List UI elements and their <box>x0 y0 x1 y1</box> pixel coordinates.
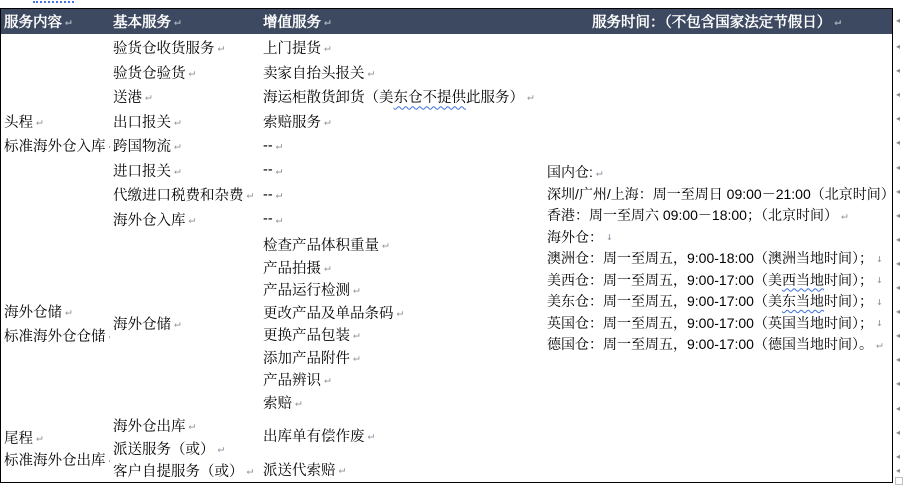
cell-stage-first-leg[interactable]: 头程↵标准海外仓入库↵ <box>1 34 110 233</box>
basic-service-item-text: 派送服务（或） <box>113 438 215 459</box>
header-label-value-added-services: 增值服务 <box>263 11 321 32</box>
service-time-line-text: 东当地 <box>782 291 824 311</box>
paragraph-mark: ↵ <box>218 442 225 455</box>
basic-service-item-text: 送港 <box>113 86 142 107</box>
header-label-basic-services: 基本服务 <box>113 11 171 32</box>
row-end-marker: ◂ <box>896 91 900 99</box>
paragraph-mark: ↵ <box>368 429 375 442</box>
paragraph-mark: ↵ <box>145 90 152 103</box>
service-time-line-text: 国内仓: <box>547 162 593 182</box>
service-time-line-text: 香港：周一至周六 09:00－18:00；（北京时间） <box>547 205 838 225</box>
paragraph-mark: ↵ <box>174 317 181 330</box>
stage-label-line-text: 头程 <box>4 111 33 132</box>
value-added-item-text: 上门提货 <box>263 37 321 58</box>
cell-value-added-storage[interactable]: 检查产品体积重量↵产品拍摄↵产品运行检测↵更改产品及单品条码↵更换产品包装↵添加… <box>256 233 541 414</box>
value-added-item[interactable]: --↵ <box>263 158 541 183</box>
paragraph-mark: ↵ <box>247 188 254 201</box>
value-added-item-text: 出库单有偿作废 <box>263 425 365 446</box>
value-added-item-text: 海运柜散货卸货（美 <box>263 86 394 107</box>
value-added-item-text: 更换产品包装 <box>263 324 350 345</box>
basic-service-item[interactable]: 进口报关↵ <box>113 158 256 183</box>
paragraph-mark: ↵ <box>324 15 331 28</box>
paragraph-mark: ↵ <box>174 139 181 152</box>
value-added-item[interactable]: 上门提货↵ <box>263 36 541 61</box>
line-break-mark: ↓ <box>876 295 883 308</box>
service-time-line[interactable]: 德国仓：周一至周五，9:00-17:00（德国当地时间）。↵ <box>547 333 892 355</box>
stage-label-line[interactable]: 尾程↵ <box>4 426 110 448</box>
value-added-item-text: 产品拍摄 <box>263 257 321 278</box>
value-added-item[interactable]: --↵ <box>263 183 541 208</box>
paragraph-mark: ↵ <box>276 213 283 226</box>
cell-basic-first-leg[interactable]: 验货仓收货服务↵验货仓验货↵送港↵出口报关↵跨国物流↵进口报关↵代缴进口税费和杂… <box>110 34 256 233</box>
stage-label-line[interactable]: 标准海外仓入库↵ <box>4 134 110 159</box>
row-end-marker: ◂ <box>896 467 900 475</box>
document-canvas: 服务内容 ↵ 基本服务 ↵ 增值服务 ↵ 服务时间：（不包含国家法定节假日） ↵… <box>0 0 905 486</box>
header-cell-basic-services[interactable]: 基本服务 ↵ <box>110 9 256 34</box>
service-time-line-text: 德国仓：周一至周五，9:00-17:00（德国当地时间）。 <box>547 334 873 354</box>
value-added-item[interactable]: 检查产品体积重量↵ <box>263 234 541 257</box>
row-end-marker: ◂ <box>896 284 900 292</box>
paragraph-mark: ↵ <box>397 306 404 319</box>
value-added-item-text: -- <box>263 138 273 154</box>
value-added-item-text: 产品运行检测 <box>263 279 350 300</box>
value-added-item-text: -- <box>263 162 273 178</box>
value-added-item-text: 索赔服务 <box>263 111 321 132</box>
service-time-line[interactable]: 香港：周一至周六 09:00－18:00；（北京时间）↵ <box>547 204 892 226</box>
service-time-line-text: 西当地 <box>782 270 824 290</box>
service-time-line-text: 澳洲仓：周一至周五，9:00-18:00（澳洲当地时间）； <box>547 248 873 268</box>
basic-service-item-text: 海外仓入库 <box>113 209 186 230</box>
value-added-item-text: 此服务） <box>466 86 524 107</box>
service-time-line-text: 英国仓：周一至周五，9:00-17:00（英国当地时间）； <box>547 313 873 333</box>
value-added-item[interactable]: 卖家自抬头报关↵ <box>263 60 541 85</box>
service-time-line-text: 深圳/广州/上海：周一至周日 09:00－21:00（北京时间） <box>547 184 892 204</box>
service-time-line-text: 美西仓：周一至周五，9:00-17:00（美 <box>547 270 782 290</box>
basic-service-item[interactable]: 跨国物流↵ <box>113 134 256 159</box>
value-added-item[interactable]: 产品拍摄↵ <box>263 256 541 279</box>
paragraph-mark: ↵ <box>276 164 283 177</box>
stage-label-line[interactable]: 标准海外仓出库↵ <box>4 448 110 470</box>
value-added-item[interactable]: 索赔↵ <box>263 391 541 414</box>
value-added-item-text: -- <box>263 211 273 227</box>
paragraph-mark: ↵ <box>382 238 389 251</box>
header-label-service-content: 服务内容 <box>4 11 62 32</box>
value-added-item-text: 东仓不提供 <box>394 86 467 107</box>
row-end-marker: ◂ <box>896 429 900 437</box>
stage-label-line-text: 标准海外仓仓储 <box>4 325 106 346</box>
value-added-item-text: -- <box>263 187 273 203</box>
paragraph-mark: ↵ <box>368 66 375 79</box>
paragraph-mark: ↵ <box>324 261 331 274</box>
paragraph-mark: ↵ <box>174 164 181 177</box>
paragraph-mark: ↵ <box>189 213 196 226</box>
paragraph-mark: ↵ <box>36 431 43 444</box>
paragraph-mark: ↵ <box>324 373 331 386</box>
service-time-line-text: 时间）； <box>824 270 873 290</box>
dotted-underline-artifact <box>33 1 74 3</box>
value-added-item[interactable]: --↵ <box>263 207 541 232</box>
paragraph-mark: ↵ <box>324 115 331 128</box>
header-label-service-time: 服务时间：（不包含国家法定节假日） <box>592 11 831 32</box>
header-cell-service-time[interactable]: 服务时间：（不包含国家法定节假日） ↵ <box>541 9 892 34</box>
paragraph-mark: ↵ <box>295 396 302 409</box>
paragraph-mark: ↵ <box>353 328 360 341</box>
paragraph-mark: ↵ <box>834 15 841 28</box>
row-end-marker: ◂ <box>896 236 900 244</box>
paragraph-mark: ↵ <box>247 464 254 477</box>
cell-stage-last-leg[interactable]: 尾程↵标准海外仓出库↵ <box>1 414 110 482</box>
row-end-marker: ◂ <box>896 43 900 51</box>
paragraph-mark: ↵ <box>189 66 196 79</box>
row-end-marker: ◂ <box>896 212 900 220</box>
value-added-item[interactable]: 添加产品附件↵ <box>263 346 541 369</box>
stage-label-line-text: 尾程 <box>4 427 33 448</box>
value-added-item[interactable]: 更换产品包装↵ <box>263 324 541 347</box>
value-added-item-text: 卖家自抬头报关 <box>263 62 365 83</box>
value-added-item[interactable]: 产品运行检测↵ <box>263 279 541 302</box>
row-end-marker: ◂ <box>896 164 900 172</box>
paragraph-mark: ↵ <box>353 283 360 296</box>
basic-service-item-text: 出口报关 <box>113 111 171 132</box>
row-end-marker: ◂ <box>896 115 900 123</box>
paragraph-mark: ↵ <box>65 15 72 28</box>
basic-service-item[interactable]: 派送服务（或）↵ <box>113 437 256 460</box>
stage-label-line-text: 标准海外仓出库 <box>4 449 106 470</box>
paragraph-mark: ↵ <box>65 305 72 318</box>
row-end-marker: ◂ <box>896 453 900 461</box>
service-time-line-text: 时间）； <box>824 291 873 311</box>
row-end-marker: ◂ <box>896 17 900 25</box>
service-time-line[interactable]: 澳洲仓：周一至周五，9:00-18:00（澳洲当地时间）；↓ <box>547 247 892 269</box>
value-added-item-text: 索赔 <box>263 392 292 413</box>
value-added-lower: 派送代索赔↵ <box>263 458 541 482</box>
value-added-item-text: 检查产品体积重量 <box>263 234 379 255</box>
basic-service-item[interactable]: 代缴进口税费和杂费↵ <box>113 183 256 208</box>
cell-value-added-first-leg[interactable]: 上门提货↵卖家自抬头报关↵海运柜散货卸货（美东仓不提供此服务）↵索赔服务↵--↵… <box>256 34 541 233</box>
basic-service-item-text: 海外仓出库 <box>113 415 186 436</box>
service-time-line[interactable]: 国内仓:↵ <box>547 161 892 183</box>
line-break-mark: ↓ <box>606 230 613 243</box>
basic-service-item[interactable]: 海外仓出库↵ <box>113 414 256 437</box>
table-resize-handle[interactable] <box>895 477 903 485</box>
paragraph-mark: ↵ <box>324 41 331 54</box>
service-time-line[interactable]: 英国仓：周一至周五，9:00-17:00（英国当地时间）；↓ <box>547 312 892 334</box>
stage-label-line[interactable]: 标准海外仓仓储↵ <box>4 324 110 348</box>
paragraph-mark: ↵ <box>174 115 181 128</box>
paragraph-mark: ↵ <box>174 15 181 28</box>
service-time-line-text: 海外仓： <box>547 227 603 247</box>
basic-service-item-text: 跨国物流 <box>113 135 171 156</box>
service-time-line-text: 美东仓：周一至周五，9:00-17:00（美 <box>547 291 782 311</box>
basic-service-item-text: 代缴进口税费和杂费 <box>113 184 244 205</box>
paragraph-mark: ↵ <box>36 115 43 128</box>
row-end-marker: ◂ <box>896 67 900 75</box>
value-added-item[interactable]: 产品辨识↵ <box>263 369 541 392</box>
basic-service-item[interactable]: 送港↵ <box>113 85 256 110</box>
value-added-item[interactable]: 出库单有偿作废↵ <box>263 425 541 447</box>
paragraph-mark: ↵ <box>218 41 225 54</box>
value-added-item-text: 更改产品及单品条码 <box>263 302 394 323</box>
cell-stage-storage[interactable]: 海外仓储↵标准海外仓仓储↵ <box>1 233 110 414</box>
basic-service-item[interactable]: 验货仓收货服务↵ <box>113 36 256 61</box>
basic-service-item-text: 进口报关 <box>113 160 171 181</box>
value-added-item[interactable]: 海运柜散货卸货（美东仓不提供此服务）↵ <box>263 85 541 110</box>
basic-service-item[interactable]: 海外仓入库↵ <box>113 207 256 232</box>
value-added-item[interactable]: 派送代索赔↵ <box>263 459 541 481</box>
value-added-item[interactable]: --↵ <box>263 134 541 159</box>
stage-label-line-text: 标准海外仓入库 <box>4 135 106 156</box>
service-time-line[interactable]: 海外仓：↓ <box>547 226 892 248</box>
row-end-marker: ◂ <box>896 308 900 316</box>
paragraph-mark: ↵ <box>353 351 360 364</box>
paragraph-mark: ↵ <box>339 463 346 476</box>
basic-service-item-text: 验货仓验货 <box>113 62 186 83</box>
paragraph-mark: ↵ <box>276 139 283 152</box>
row-end-marker: ◂ <box>896 260 900 268</box>
value-added-item[interactable]: 索赔服务↵ <box>263 109 541 134</box>
cell-service-time-body[interactable]: 国内仓:↵深圳/广州/上海：周一至周日 09:00－21:00（北京时间）↓香港… <box>541 34 892 482</box>
paragraph-mark: ↵ <box>189 419 196 432</box>
paragraph-mark: ↵ <box>841 209 848 222</box>
basic-service-item-text: 客户自提服务（或） <box>113 460 244 481</box>
basic-service-item-text: 验货仓收货服务 <box>113 37 215 58</box>
services-table: 服务内容 ↵ 基本服务 ↵ 增值服务 ↵ 服务时间：（不包含国家法定节假日） ↵… <box>0 8 893 483</box>
cell-basic-storage[interactable]: 海外仓储↵ <box>110 233 256 414</box>
stage-label-line[interactable]: 海外仓储↵ <box>4 300 110 324</box>
value-added-upper: 出库单有偿作废↵ <box>263 414 541 458</box>
paragraph-mark: ↵ <box>876 338 883 351</box>
basic-service-item[interactable]: 海外仓储↵ <box>113 312 256 336</box>
service-time-line[interactable]: 美西仓：周一至周五，9:00-17:00（美西当地时间）；↓ <box>547 269 892 291</box>
basic-service-item[interactable]: 客户自提服务（或）↵ <box>113 459 256 482</box>
value-added-item-text: 添加产品附件 <box>263 347 350 368</box>
header-cell-value-added-services[interactable]: 增值服务 ↵ <box>256 9 541 34</box>
row-end-marker: ◂ <box>896 139 900 147</box>
row-end-marker: ◂ <box>896 188 900 196</box>
cell-value-added-last-leg[interactable]: 出库单有偿作废↵ 派送代索赔↵ <box>256 414 541 482</box>
row-end-marker: ◂ <box>896 356 900 364</box>
row-end-marker: ◂ <box>896 405 900 413</box>
row-end-marker: ◂ <box>896 380 900 388</box>
stage-label-line[interactable]: 头程↵ <box>4 109 110 134</box>
basic-service-item-text: 海外仓储 <box>113 313 171 334</box>
value-added-item[interactable]: 更改产品及单品条码↵ <box>263 301 541 324</box>
line-break-mark: ↓ <box>876 273 883 286</box>
service-time-line[interactable]: 深圳/广州/上海：周一至周日 09:00－21:00（北京时间）↓ <box>547 183 892 205</box>
value-added-item-text: 产品辨识 <box>263 369 321 390</box>
paragraph-mark: ↵ <box>276 188 283 201</box>
basic-service-item[interactable]: 出口报关↵ <box>113 109 256 134</box>
line-break-mark: ↓ <box>876 316 883 329</box>
header-cell-service-content[interactable]: 服务内容 ↵ <box>1 9 110 34</box>
stage-label-line-text: 海外仓储 <box>4 301 62 322</box>
basic-service-item[interactable]: 验货仓验货↵ <box>113 60 256 85</box>
line-break-mark: ↓ <box>876 252 883 265</box>
paragraph-mark: ↵ <box>527 90 534 103</box>
paragraph-mark: ↵ <box>596 166 603 179</box>
cell-basic-last-leg[interactable]: 海外仓出库↵派送服务（或）↵客户自提服务（或）↵ <box>110 414 256 482</box>
value-added-item-text: 派送代索赔 <box>263 459 336 480</box>
service-time-line[interactable]: 美东仓：周一至周五，9:00-17:00（美东当地时间）；↓ <box>547 290 892 312</box>
row-end-marker: ◂ <box>896 332 900 340</box>
